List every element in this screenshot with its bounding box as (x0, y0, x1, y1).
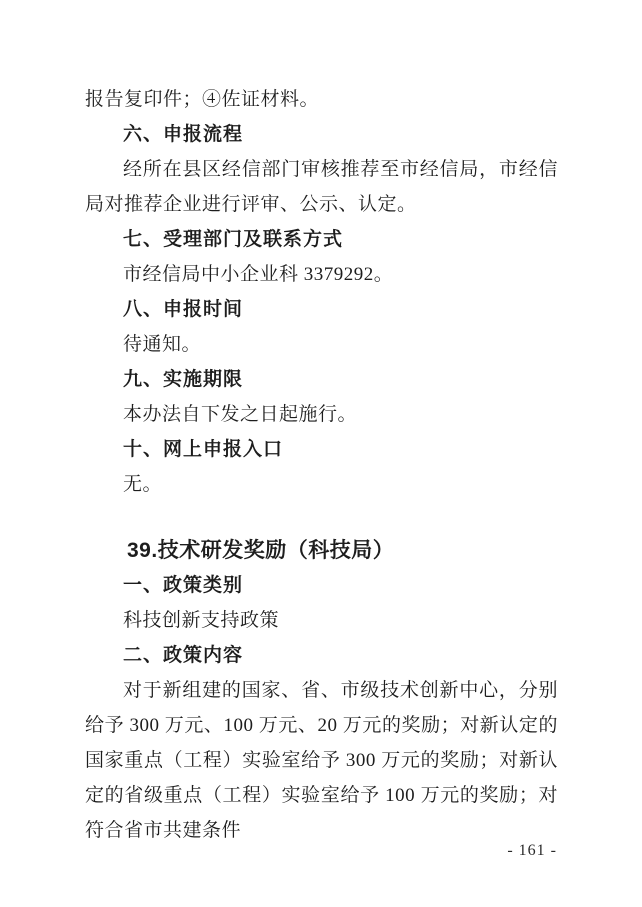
section-heading-application-time: 八、申报时间 (85, 292, 558, 327)
page-number: - 161 - (507, 842, 557, 860)
section-heading-online-portal: 十、网上申报入口 (85, 432, 558, 467)
paragraph-policy-category: 科技创新支持政策 (85, 603, 558, 638)
paragraph-continuation: 报告复印件；④佐证材料。 (85, 82, 558, 117)
paragraph-implementation: 本办法自下发之日起施行。 (85, 397, 558, 432)
section-heading-implementation: 九、实施期限 (85, 362, 558, 397)
document-body: 报告复印件；④佐证材料。 六、申报流程 经所在县区经信部门审核推荐至市经信局，市… (85, 82, 558, 848)
section-heading-policy-content: 二、政策内容 (85, 638, 558, 673)
paragraph-application-flow: 经所在县区经信部门审核推荐至市经信局，市经信局对推荐企业进行评审、公示、认定。 (85, 152, 558, 222)
paragraph-accepting-dept: 市经信局中小企业科 3379292。 (85, 257, 558, 292)
section-heading-accepting-dept: 七、受理部门及联系方式 (85, 222, 558, 257)
chapter-title-tech-rd-reward: 39.技术研发奖励（科技局） (85, 533, 558, 568)
section-heading-application-flow: 六、申报流程 (85, 117, 558, 152)
paragraph-online-portal: 无。 (85, 467, 558, 502)
section-heading-policy-category: 一、政策类别 (85, 568, 558, 603)
document-page: 报告复印件；④佐证材料。 六、申报流程 经所在县区经信部门审核推荐至市经信局，市… (0, 0, 642, 907)
paragraph-application-time: 待通知。 (85, 327, 558, 362)
paragraph-policy-content: 对于新组建的国家、省、市级技术创新中心，分别给予 300 万元、100 万元、2… (85, 673, 558, 848)
